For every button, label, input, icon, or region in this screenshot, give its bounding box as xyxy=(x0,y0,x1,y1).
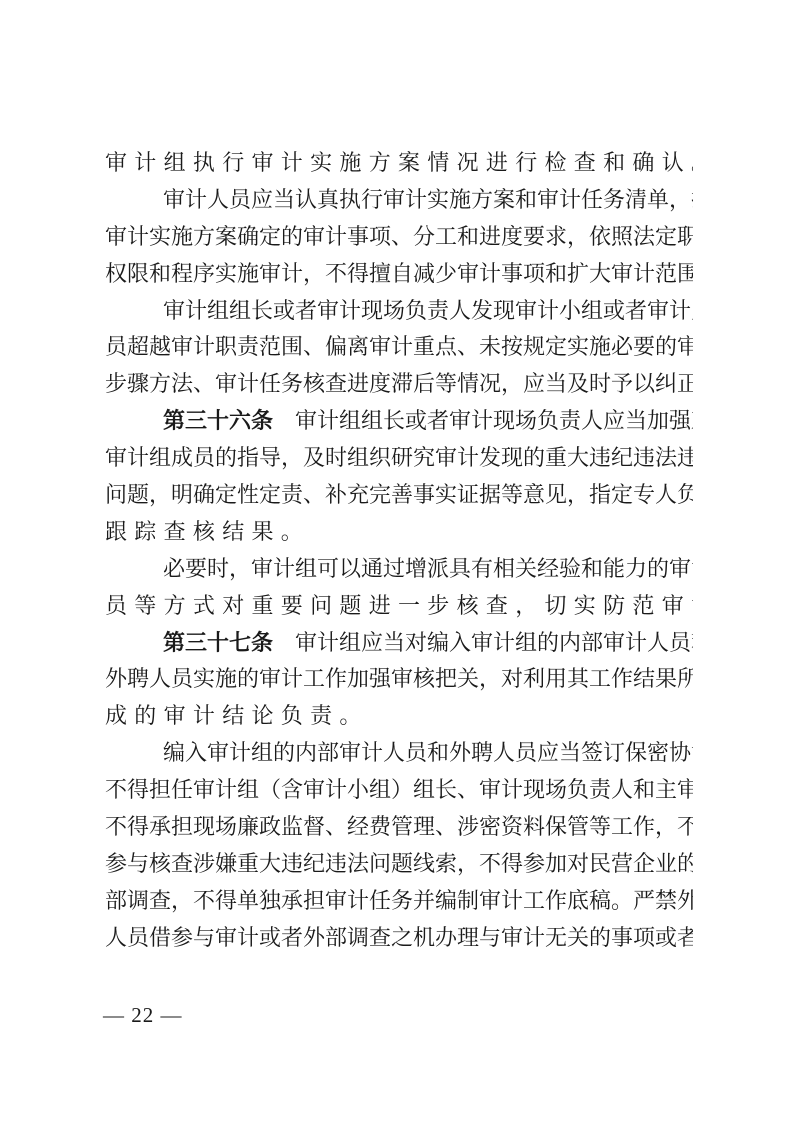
text-line: 问题，明确定性定责、补充完善事实证据等意见，指定专人负责 xyxy=(105,478,693,515)
text-line: 审计人员应当认真执行审计实施方案和审计任务清单，按照 xyxy=(105,183,693,220)
line-text: 审计组组长或者审计现场负责人发现审计小组或者审计人 xyxy=(163,299,693,324)
article-37-heading-line: 第三十七条审计组应当对编入审计组的内部审计人员和 xyxy=(105,626,693,663)
text-line: 参与核查涉嫌重大违纪违法问题线索，不得参加对民营企业的外 xyxy=(105,847,693,884)
text-line: 员超越审计职责范围、偏离审计重点、未按规定实施必要的审计 xyxy=(105,330,693,367)
text-line: 步骤方法、审计任务核查进度滞后等情况，应当及时予以纠正。 xyxy=(105,367,693,404)
text-line: 成的审计结论负责。 xyxy=(105,699,693,736)
line-text: 员等方式对重要问题进一步核查，切实防范审计风险。 xyxy=(105,594,693,619)
line-text: 外聘人员实施的审计工作加强审核把关，对利用其工作结果所形 xyxy=(105,667,693,692)
line-text: 不得担任审计组（含审计小组）组长、审计现场负责人和主审， xyxy=(105,778,693,803)
text-line: 跟踪查核结果。 xyxy=(105,515,693,552)
line-text: 权限和程序实施审计，不得擅自减少审计事项和扩大审计范围。 xyxy=(105,262,693,287)
line-text: 审计组成员的指导，及时组织研究审计发现的重大违纪违法违规 xyxy=(105,446,693,471)
line-text: 审计组组长或者审计现场负责人应当加强对 xyxy=(295,409,693,434)
line-text: 问题，明确定性定责、补充完善事实证据等意见，指定专人负责 xyxy=(105,483,693,508)
body-text: 审计组执行审计实施方案情况进行检查和确认。 审计人员应当认真执行审计实施方案和审… xyxy=(105,146,693,958)
line-text: 审计实施方案确定的审计事项、分工和进度要求，依照法定职责、 xyxy=(105,225,693,250)
line-text: 审计人员应当认真执行审计实施方案和审计任务清单，按照 xyxy=(163,188,693,213)
line-text: 跟踪查核结果。 xyxy=(105,520,310,545)
text-line: 外聘人员实施的审计工作加强审核把关，对利用其工作结果所形 xyxy=(105,662,693,699)
text-line: 人员借参与审计或者外部调查之机办理与审计无关的事项或者承 xyxy=(105,921,693,958)
line-text: 员超越审计职责范围、偏离审计重点、未按规定实施必要的审计 xyxy=(105,335,693,360)
line-text: 编入审计组的内部审计人员和外聘人员应当签订保密协议， xyxy=(163,741,693,766)
line-text: 步骤方法、审计任务核查进度滞后等情况，应当及时予以纠正。 xyxy=(105,372,693,397)
text-line: 审计组组长或者审计现场负责人发现审计小组或者审计人 xyxy=(105,294,693,331)
text-line: 不得承担现场廉政监督、经费管理、涉密资料保管等工作，不得 xyxy=(105,810,693,847)
text-line: 审计组执行审计实施方案情况进行检查和确认。 xyxy=(105,146,693,183)
text-line: 审计组成员的指导，及时组织研究审计发现的重大违纪违法违规 xyxy=(105,441,693,478)
page-number: — 22 — xyxy=(103,1003,183,1028)
article-36-heading-line: 第三十六条审计组组长或者审计现场负责人应当加强对 xyxy=(105,404,693,441)
line-text: 不得承担现场廉政监督、经费管理、涉密资料保管等工作，不得 xyxy=(105,815,693,840)
text-line: 审计实施方案确定的审计事项、分工和进度要求，依照法定职责、 xyxy=(105,220,693,257)
document-page: 审计组执行审计实施方案情况进行检查和确认。 审计人员应当认真执行审计实施方案和审… xyxy=(0,0,793,1122)
line-text: 成的审计结论负责。 xyxy=(105,704,369,729)
text-line: 员等方式对重要问题进一步核查，切实防范审计风险。 xyxy=(105,589,693,626)
text-line: 权限和程序实施审计，不得擅自减少审计事项和扩大审计范围。 xyxy=(105,257,693,294)
line-text: 部调查，不得单独承担审计任务并编制审计工作底稿。严禁外聘 xyxy=(105,889,693,914)
line-text: 审计组应当对编入审计组的内部审计人员和 xyxy=(295,631,693,656)
text-line: 不得担任审计组（含审计小组）组长、审计现场负责人和主审， xyxy=(105,773,693,810)
text-line: 必要时，审计组可以通过增派具有相关经验和能力的审计人 xyxy=(105,552,693,589)
line-text: 人员借参与审计或者外部调查之机办理与审计无关的事项或者承 xyxy=(105,926,693,951)
line-text: 必要时，审计组可以通过增派具有相关经验和能力的审计人 xyxy=(163,557,693,582)
text-line: 部调查，不得单独承担审计任务并编制审计工作底稿。严禁外聘 xyxy=(105,884,693,921)
line-text: 参与核查涉嫌重大违纪违法问题线索，不得参加对民营企业的外 xyxy=(105,852,693,877)
text-line: 编入审计组的内部审计人员和外聘人员应当签订保密协议， xyxy=(105,736,693,773)
line-text: 审计组执行审计实施方案情况进行检查和确认。 xyxy=(105,151,693,176)
article-number: 第三十七条 xyxy=(163,631,273,656)
article-number: 第三十六条 xyxy=(163,409,273,434)
